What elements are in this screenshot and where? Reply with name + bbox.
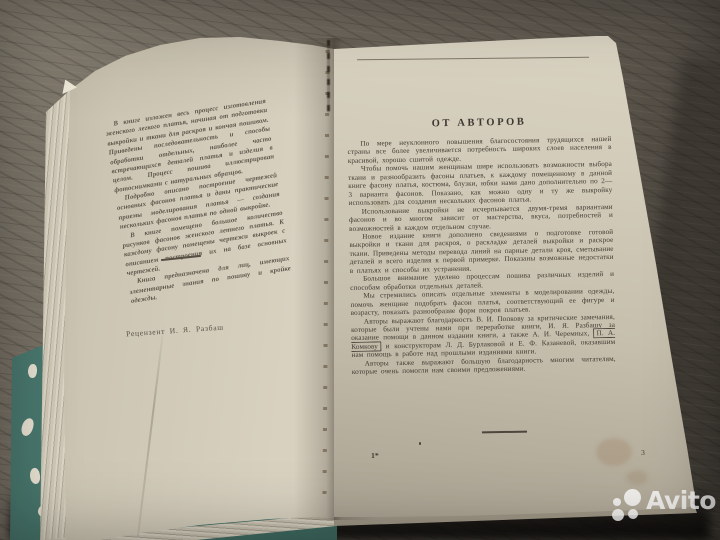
preface-paragraph: Новое издание книги дополнено сведениями… — [349, 228, 614, 275]
annotation-text: В книге изложен весь процесс изготовлени… — [104, 97, 293, 307]
right-page-text: ОТ АВТОРОВ По мере неуклонного повышения… — [347, 115, 616, 377]
book-photo: В книге изложен весь процесс изготовлени… — [0, 0, 720, 540]
avito-logo-dot — [612, 509, 624, 521]
gutter-dark-marks — [327, 40, 330, 112]
torn-paper-spot — [28, 364, 37, 378]
preface-body: По мере неуклонного повышения благососто… — [347, 135, 615, 377]
page-stain — [372, 198, 390, 210]
page-stain — [596, 438, 632, 466]
avito-watermark-text: Avito — [646, 486, 716, 515]
page-number: 3 — [641, 448, 645, 457]
page-stain — [626, 470, 648, 485]
acknowledgment-paragraph: Авторы выражают благодарность В. И. Попк… — [351, 312, 616, 359]
avito-logo-dot — [613, 498, 621, 506]
avito-logo-dot — [628, 509, 638, 519]
signature-mark: 1* — [371, 451, 379, 460]
page-speck — [419, 442, 421, 445]
avito-watermark: Avito — [609, 487, 719, 535]
avito-logo-dot — [624, 489, 641, 506]
